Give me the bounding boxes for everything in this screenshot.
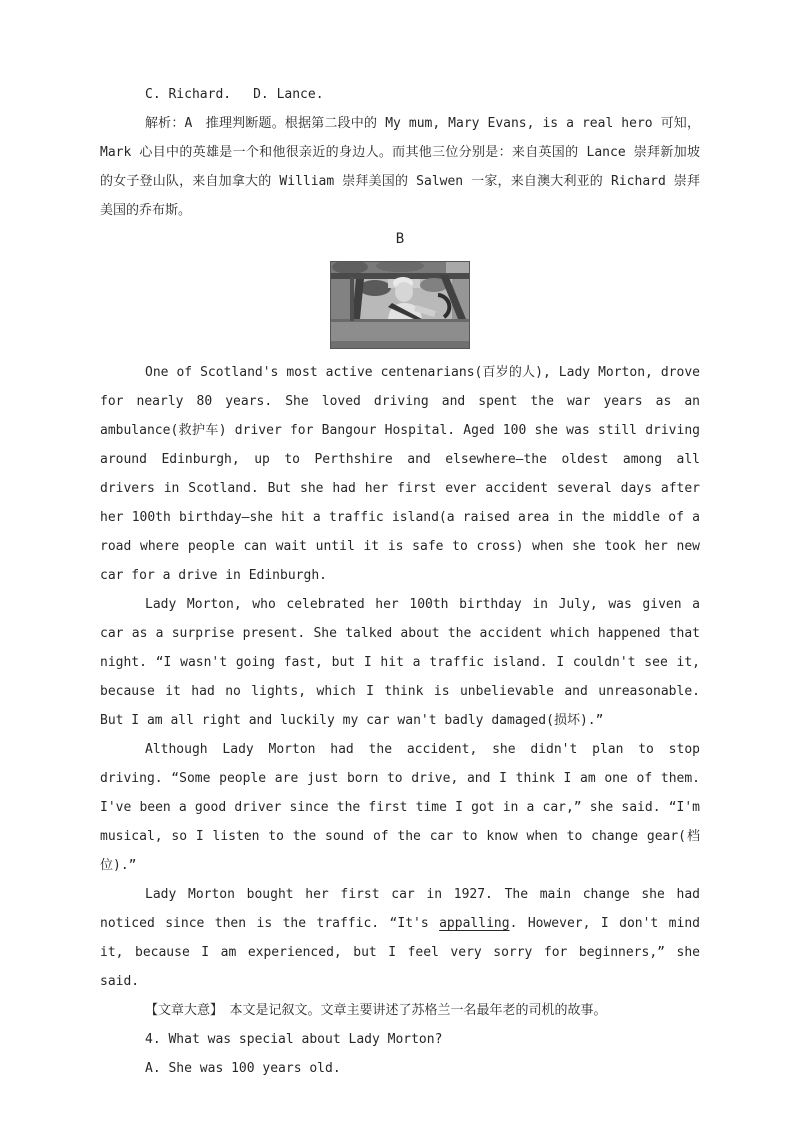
- question-4: 4. What was special about Lady Morton?: [100, 1025, 700, 1054]
- elderly-driver-photo: [330, 261, 470, 349]
- document-page: C. Richard.D. Lance. 解析：A 推理判断题。根据第二段中的 …: [0, 0, 800, 1132]
- underlined-word-appalling: appalling: [439, 916, 509, 931]
- body-paragraph-1: One of Scotland's most active centenaria…: [100, 358, 700, 590]
- body-paragraph-4: Lady Morton bought her first car in 1927…: [100, 880, 700, 996]
- option-c: C. Richard.: [145, 87, 231, 102]
- option-a: A. She was 100 years old.: [100, 1054, 700, 1083]
- summary-paragraph: 【文章大意】 本文是记叙文。文章主要讲述了苏格兰一名最年老的司机的故事。: [100, 996, 700, 1025]
- section-b-heading: B: [100, 225, 700, 254]
- body-paragraph-3: Although Lady Morton had the accident, s…: [100, 735, 700, 880]
- article-photo: [100, 261, 700, 349]
- analysis-paragraph: 解析：A 推理判断题。根据第二段中的 My mum, Mary Evans, i…: [100, 109, 700, 225]
- body-paragraph-2: Lady Morton, who celebrated her 100th bi…: [100, 590, 700, 735]
- option-line-cd: C. Richard.D. Lance.: [100, 80, 700, 109]
- option-d: D. Lance.: [253, 87, 323, 102]
